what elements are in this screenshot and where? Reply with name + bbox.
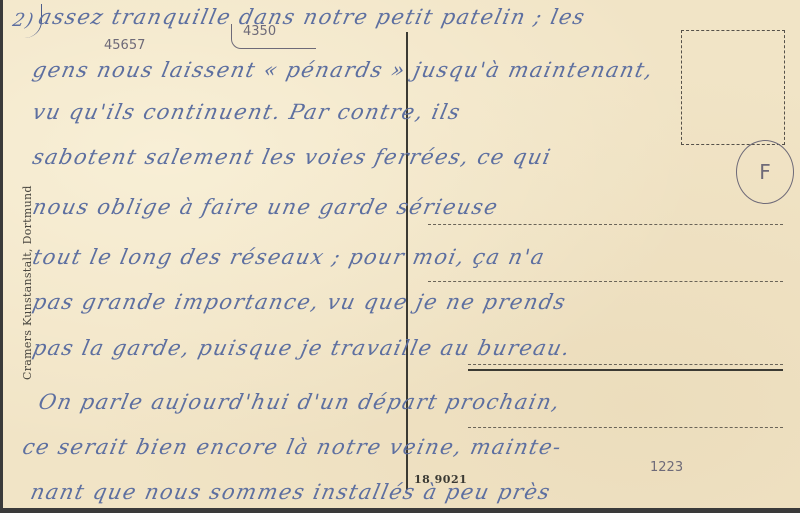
handwriting-line: pas grande importance, vu que je ne pren… xyxy=(30,290,568,314)
handwriting-line: sabotent salement les voies ferrées, ce … xyxy=(30,145,553,169)
handwriting-line: nant que nous sommes installés à peu prè… xyxy=(28,480,553,504)
postcard-back: 2) Cramers Kunstanstalt, Dortmund 18 902… xyxy=(3,0,800,508)
circled-letter: F xyxy=(759,160,771,184)
handwriting-line: assez tranquille dans notre petit pateli… xyxy=(36,5,588,29)
handwriting-line: On parle aujourd'hui d'un départ prochai… xyxy=(36,390,563,414)
handwriting-line: vu qu'ils continuent. Par contre, ils xyxy=(30,100,463,124)
handwriting-line: ce serait bien encore là notre veine, ma… xyxy=(20,435,564,459)
address-line-3 xyxy=(468,364,783,365)
handwriting-line: gens nous laissent « pénards » jusqu'à m… xyxy=(30,58,656,82)
address-line-1 xyxy=(428,224,783,225)
archive-number-c: 1223 xyxy=(650,460,683,475)
address-line-solid xyxy=(468,369,783,371)
handwriting-line: pas la garde, puisque je travaille au bu… xyxy=(30,336,573,360)
archive-number-a: 45657 xyxy=(104,38,145,53)
stamp-placeholder-box xyxy=(681,30,785,145)
handwriting-line: tout le long des réseaux ; pour moi, ça … xyxy=(30,245,547,269)
address-line-2 xyxy=(428,281,783,282)
address-line-4 xyxy=(468,427,783,428)
handwriting-line: nous oblige à faire une garde sérieuse xyxy=(30,195,500,219)
page-marker: 2) xyxy=(11,10,37,31)
circled-letter-stamp: F xyxy=(736,140,794,204)
